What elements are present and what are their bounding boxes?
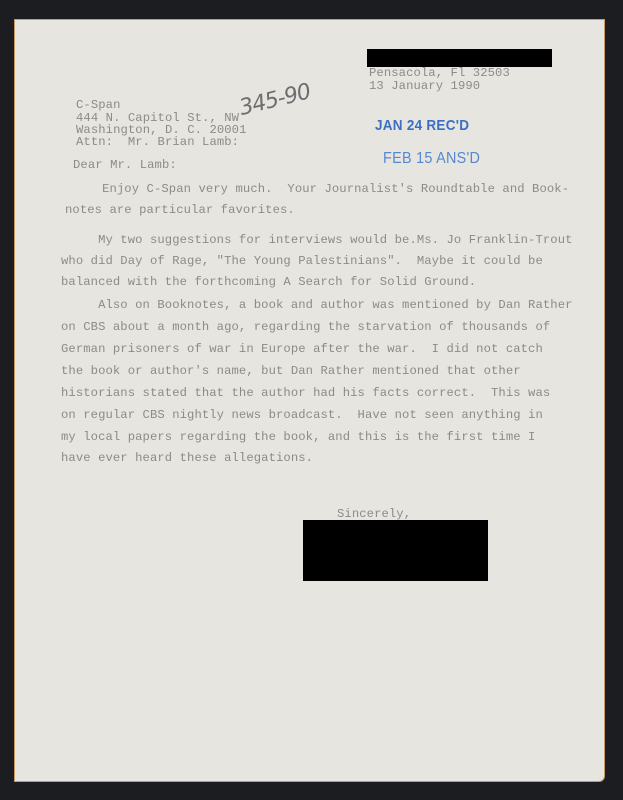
body-line: the book or author's name, but Dan Rathe… [61, 365, 521, 378]
recipient-line-4: Attn: Mr. Brian Lamb: [76, 136, 239, 149]
body-line: Enjoy C-Span very much. Your Journalist'… [65, 183, 569, 196]
body-line: have ever heard these allegations. [61, 452, 313, 465]
received-stamp: JAN 24 REC'D [375, 117, 469, 134]
scan-background: Pensacola, Fl 32503 13 January 1990 345-… [0, 0, 623, 800]
body-line: on regular CBS nightly news broadcast. H… [61, 409, 543, 422]
handwritten-file-number: 345-90 [237, 79, 313, 121]
letter-page: Pensacola, Fl 32503 13 January 1990 345-… [14, 19, 605, 782]
body-line: my local papers regarding the book, and … [61, 431, 535, 444]
body-line: My two suggestions for interviews would … [61, 234, 573, 247]
body-line: balanced with the forthcoming A Search f… [61, 276, 476, 289]
salutation: Dear Mr. Lamb: [73, 159, 177, 172]
body-line: historians stated that the author had hi… [61, 387, 550, 400]
letter-date: 13 January 1990 [369, 80, 480, 93]
body-line: on CBS about a month ago, regarding the … [61, 321, 550, 334]
body-line: who did Day of Rage, "The Young Palestin… [61, 255, 543, 268]
body-line: notes are particular favorites. [65, 204, 295, 217]
body-line: Also on Booknotes, a book and author was… [61, 299, 573, 312]
sender-name-redaction [367, 49, 552, 67]
signature-redaction [303, 520, 488, 581]
answered-stamp: FEB 15 ANS'D [383, 150, 480, 168]
body-line: German prisoners of war in Europe after … [61, 343, 543, 356]
